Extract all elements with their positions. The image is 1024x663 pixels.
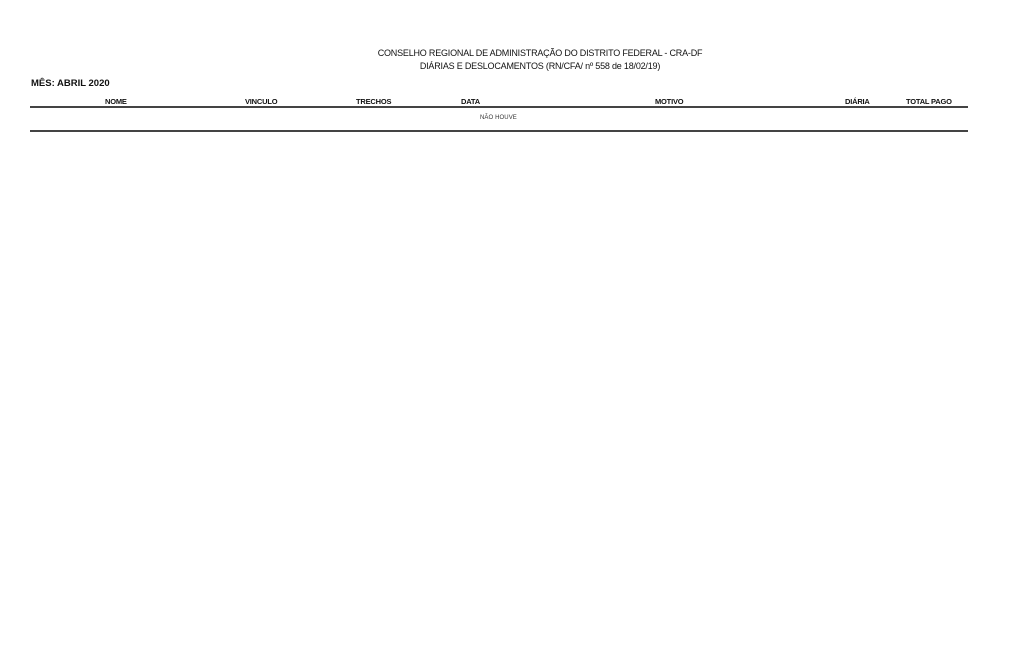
column-header-total-pago: TOTAL PAGO [906, 97, 952, 106]
document-title-line2: DIÁRIAS E DESLOCAMENTOS (RN/CFA/ nº 558 … [0, 61, 1024, 71]
column-header-vinculo: VINCULO [245, 97, 277, 106]
month-label: MÊS: ABRIL 2020 [31, 78, 110, 89]
column-header-trechos: TRECHOS [356, 97, 391, 106]
column-header-data: DATA [461, 97, 480, 106]
column-header-diaria: DIÁRIA [845, 97, 870, 106]
column-header-nome: NOME [105, 97, 127, 106]
column-header-motivo: MOTIVO [655, 97, 683, 106]
header-divider [30, 106, 968, 108]
table-bottom-divider [30, 130, 968, 132]
empty-table-message: NÃO HOUVE [480, 115, 517, 121]
document-title-line1: CONSELHO REGIONAL DE ADMINISTRAÇÃO DO DI… [0, 48, 1024, 58]
